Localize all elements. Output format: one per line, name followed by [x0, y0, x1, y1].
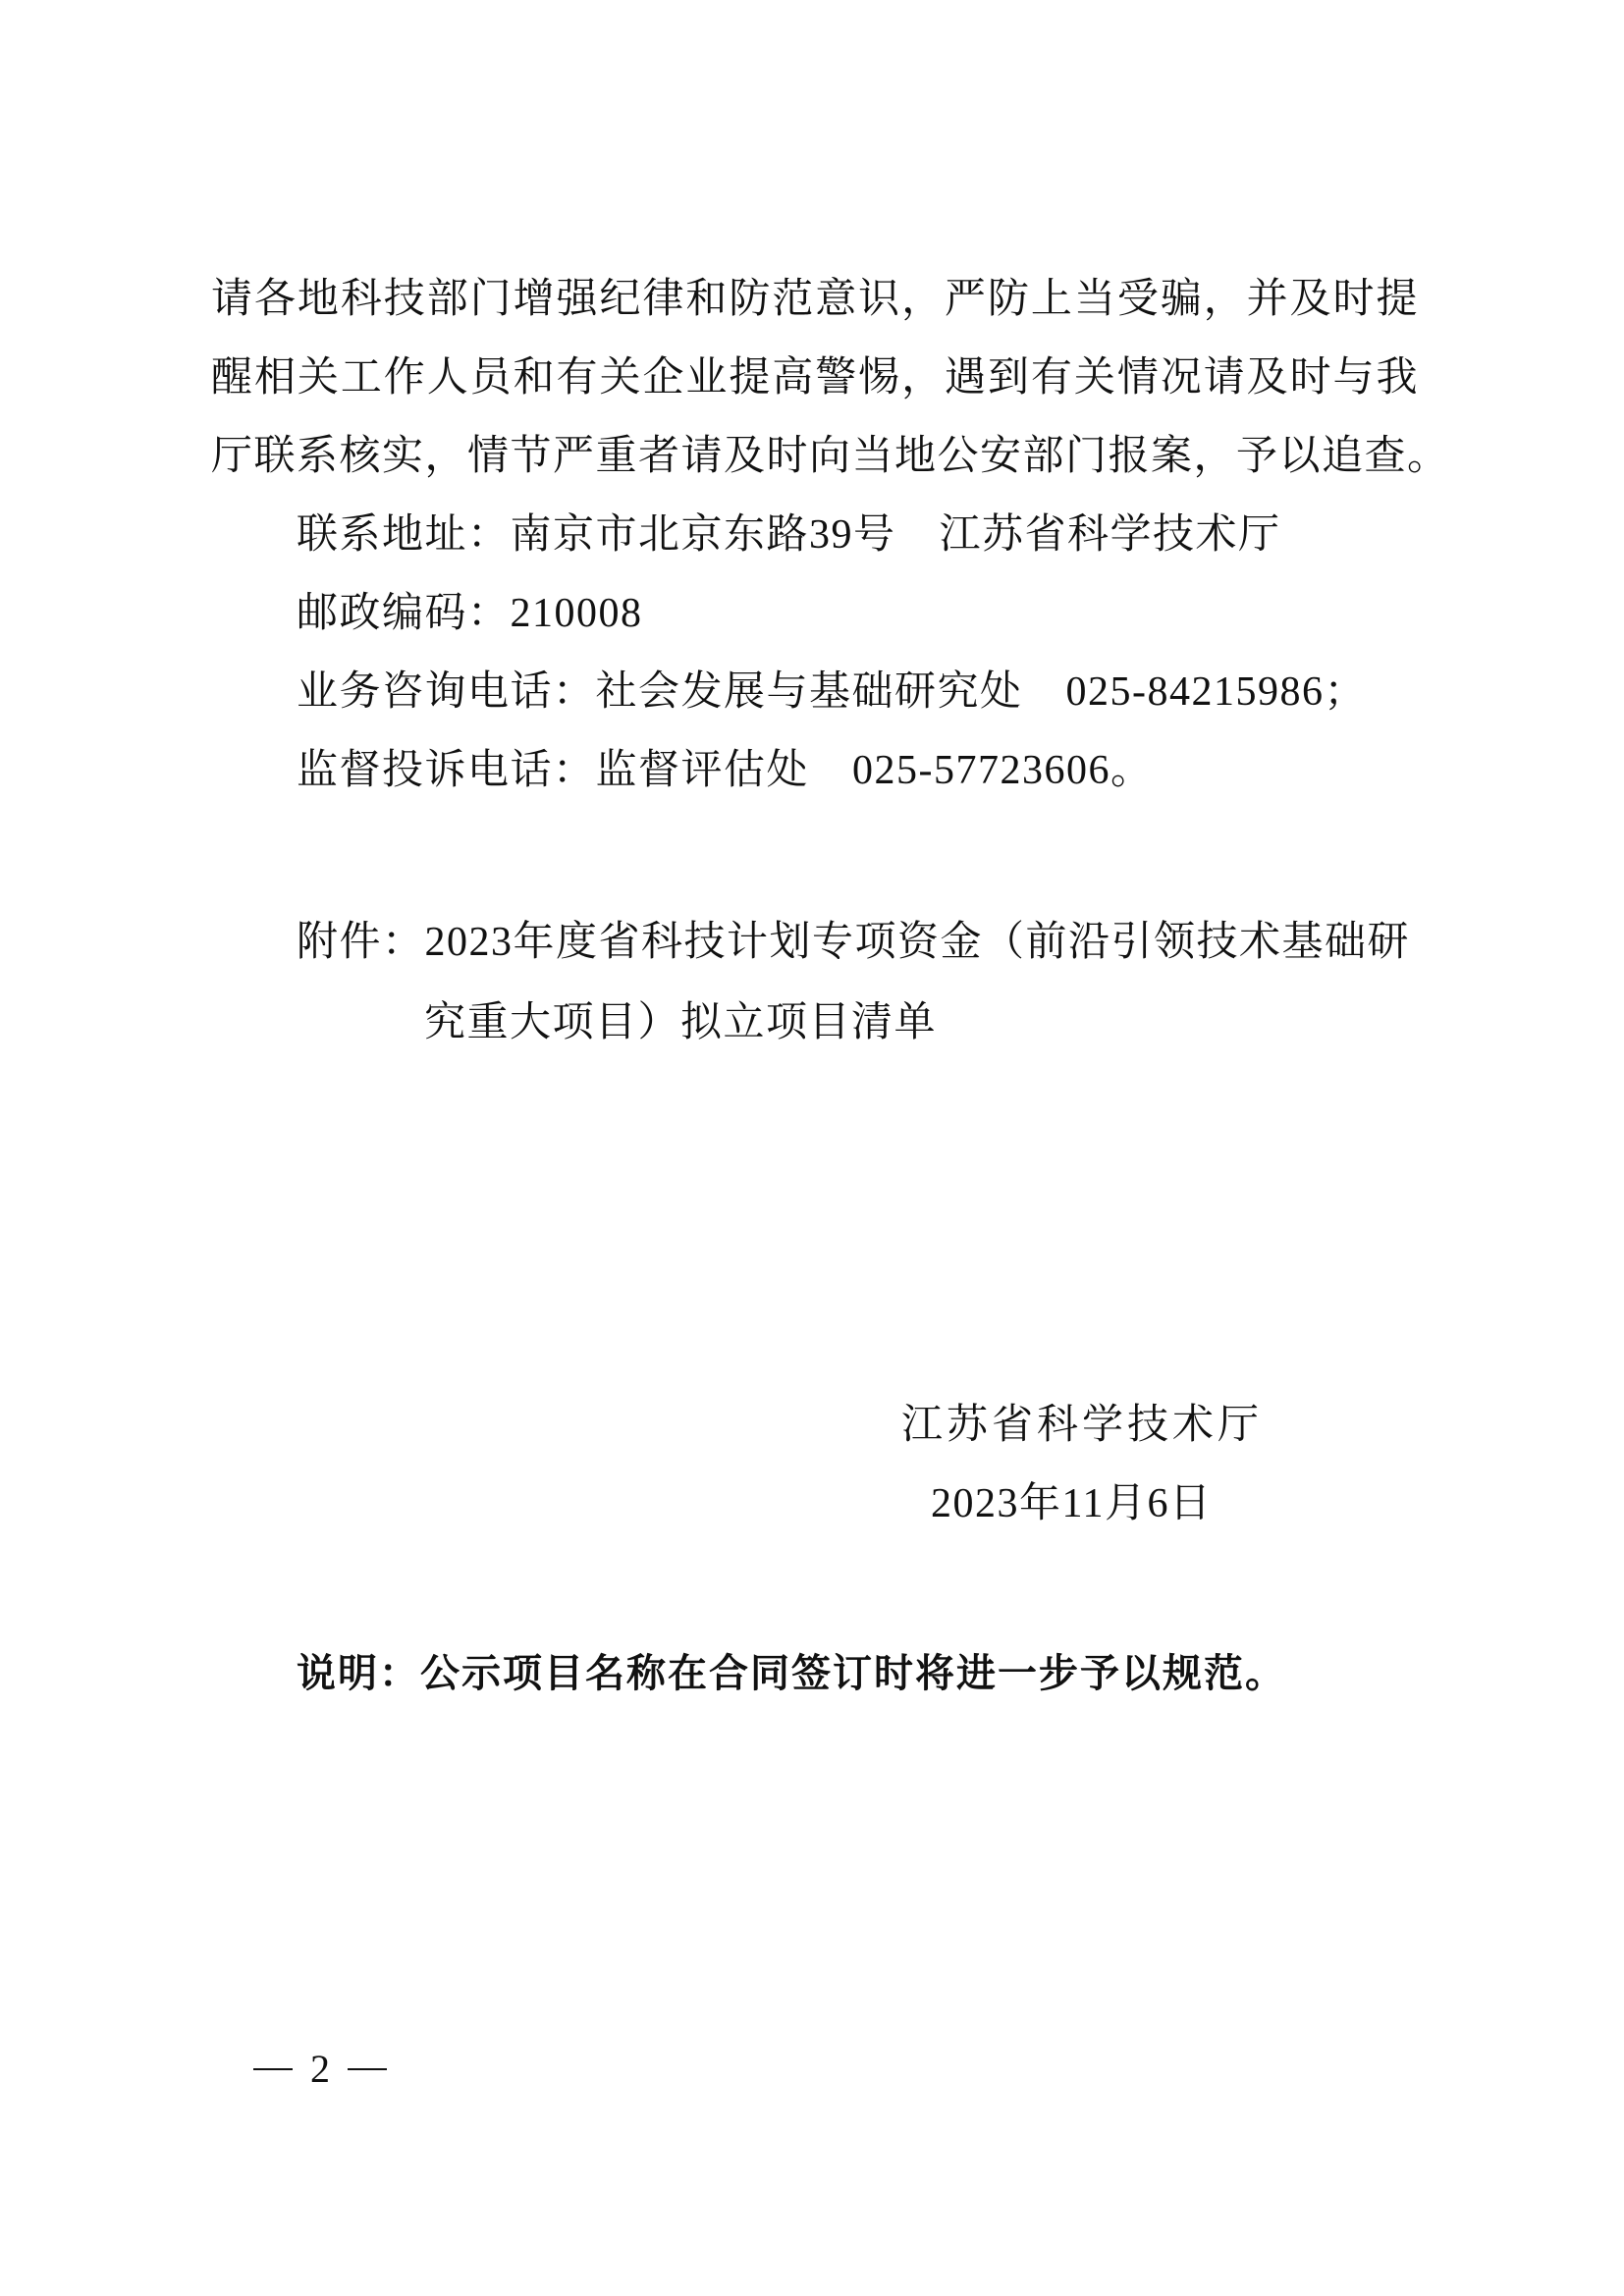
complaint-phone-number: 025-57723606。: [852, 748, 1154, 793]
consult-phone-number: 025-84215986；: [1066, 669, 1368, 715]
address-label: 联系地址：: [297, 512, 511, 558]
address-organization: 江苏省科学技术厅: [940, 512, 1281, 558]
body-paragraph-line-2: 醒相关工作人员和有关企业提高警惕，遇到有关情况请及时与我: [211, 353, 1419, 402]
postcode-label: 邮政编码：: [297, 591, 511, 636]
address-value: 南京市北京东路39号: [511, 512, 896, 558]
body-paragraph-line-3: 厅联系核实，情节严重者请及时向当地公安部门报案，予以追查。: [211, 432, 1419, 481]
complaint-label: 监督投诉电话：: [297, 748, 596, 793]
contact-postcode: 邮政编码：210008: [297, 589, 643, 638]
attachment-title-part-1: 2023年度省科技计划专项资金（前沿引领技术基础研: [425, 920, 1411, 965]
dash-left: [253, 2068, 293, 2070]
contact-complaint-phone: 监督投诉电话：监督评估处025-57723606。: [297, 746, 1154, 795]
body-paragraph-line-1: 请各地科技部门增强纪律和防范意识，严防上当受骗，并及时提: [211, 275, 1419, 324]
signature-organization: 江苏省科学技术厅: [901, 1401, 1263, 1450]
signature-date: 2023年11月6日: [931, 1479, 1212, 1528]
document-page: 请各地科技部门增强纪律和防范意识，严防上当受骗，并及时提 醒相关工作人员和有关企…: [0, 0, 1624, 2296]
page-number-value: 2: [310, 2045, 330, 2094]
postcode-value: 210008: [511, 591, 643, 636]
complaint-department: 监督评估处: [596, 748, 810, 793]
consult-department: 社会发展与基础研究处: [596, 669, 1023, 715]
attachment-line-1: 附件：2023年度省科技计划专项资金（前沿引领技术基础研: [297, 918, 1410, 967]
note-statement: 说明：公示项目名称在合同签订时将进一步予以规范。: [297, 1649, 1286, 1698]
dash-right: [348, 2068, 387, 2070]
contact-address: 联系地址：南京市北京东路39号江苏省科学技术厅: [297, 510, 1281, 560]
attachment-label: 附件：: [297, 920, 425, 965]
page-number: 2: [253, 2045, 387, 2094]
attachment-line-2: 究重大项目）拟立项目清单: [424, 998, 937, 1047]
consult-label: 业务咨询电话：: [297, 669, 596, 715]
contact-consult-phone: 业务咨询电话：社会发展与基础研究处025-84215986；: [297, 667, 1367, 717]
